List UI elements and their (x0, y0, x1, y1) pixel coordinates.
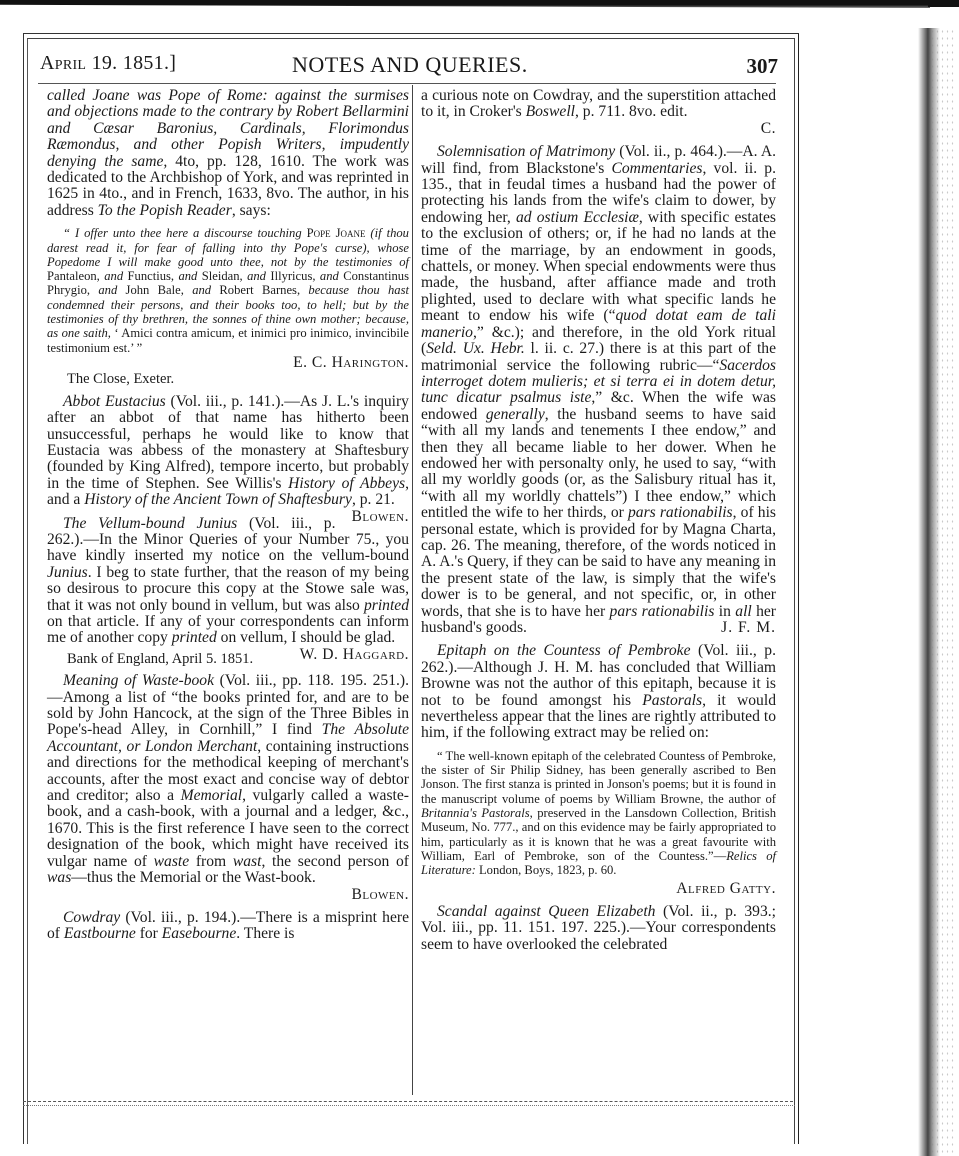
article-title: Meaning of Waste-book (63, 672, 214, 689)
running-header: April 19. 1851.] NOTES AND QUERIES. 307 (40, 52, 778, 82)
scan-top-edge (0, 0, 930, 8)
block-quote-relics-of-literature: “ The well-known epitaph of the celebrat… (421, 749, 776, 878)
article-solemnisation-of-matrimony: Solemnisation of Matrimony (Vol. ii., p.… (421, 144, 776, 636)
article-cowdray: Cowdray (Vol. iii., p. 194.).—There is a… (47, 910, 409, 943)
article-vellum-bound-junius: The Vellum-bound Junius (Vol. iii., p. 2… (47, 516, 409, 647)
article-pope-joane-continued: called Joane was Pope of Rome: against t… (47, 88, 409, 219)
header-rule (38, 83, 776, 84)
article-abbot-eustacius: Abbot Eustacius (Vol. iii., p. 141.).—As… (47, 394, 409, 509)
article-cowdray-continued: a curious note on Cowdray, and the super… (421, 88, 776, 121)
article-meaning-of-waste-book: Meaning of Waste-book (Vol. iii., pp. 11… (47, 673, 409, 886)
page-frame-bottom-inner (23, 1105, 795, 1106)
signature-alfred-gatty: Alfred Gatty. (421, 881, 776, 897)
left-column: called Joane was Pope of Rome: against t… (47, 88, 409, 943)
dateline-exeter: The Close, Exeter. (47, 371, 409, 387)
scan-top-edge-right (928, 0, 959, 7)
signature-jfm: J. F. M. (705, 620, 776, 636)
scan-noise (930, 28, 956, 1156)
article-title: Scandal against Queen Elizabeth (437, 903, 655, 920)
right-column: a curious note on Cowdray, and the super… (421, 88, 776, 953)
block-quote-pope-joane: “ I offer unto thee here a discourse tou… (47, 226, 409, 355)
article-title: Abbot Eustacius (63, 393, 166, 410)
article-epitaph-countess-pembroke: Epitaph on the Countess of Pembroke (Vol… (421, 643, 776, 741)
signature-harington: E. C. Harington. (47, 355, 409, 371)
article-scandal-queen-elizabeth: Scandal against Queen Elizabeth (Vol. ii… (421, 904, 776, 953)
signature-blowen: Blowen. (47, 887, 409, 903)
column-divider (412, 85, 413, 1095)
signature-haggard: W. D. Haggard. (284, 647, 409, 663)
signature-blowen: Blowen. (335, 509, 409, 525)
publication-title: NOTES AND QUERIES. (292, 52, 528, 78)
page-number: 307 (747, 54, 779, 79)
article-title: Epitaph on the Countess of Pembroke (437, 642, 691, 659)
article-title: The Vellum-bound Junius (63, 515, 237, 532)
issue-date: April 19. 1851.] (40, 52, 176, 75)
article-title: Solemnisation of Matrimony (437, 143, 615, 160)
page-frame-bottom (23, 1101, 793, 1102)
article-title: Cowdray (63, 909, 120, 926)
signature-c: C. (421, 121, 776, 137)
